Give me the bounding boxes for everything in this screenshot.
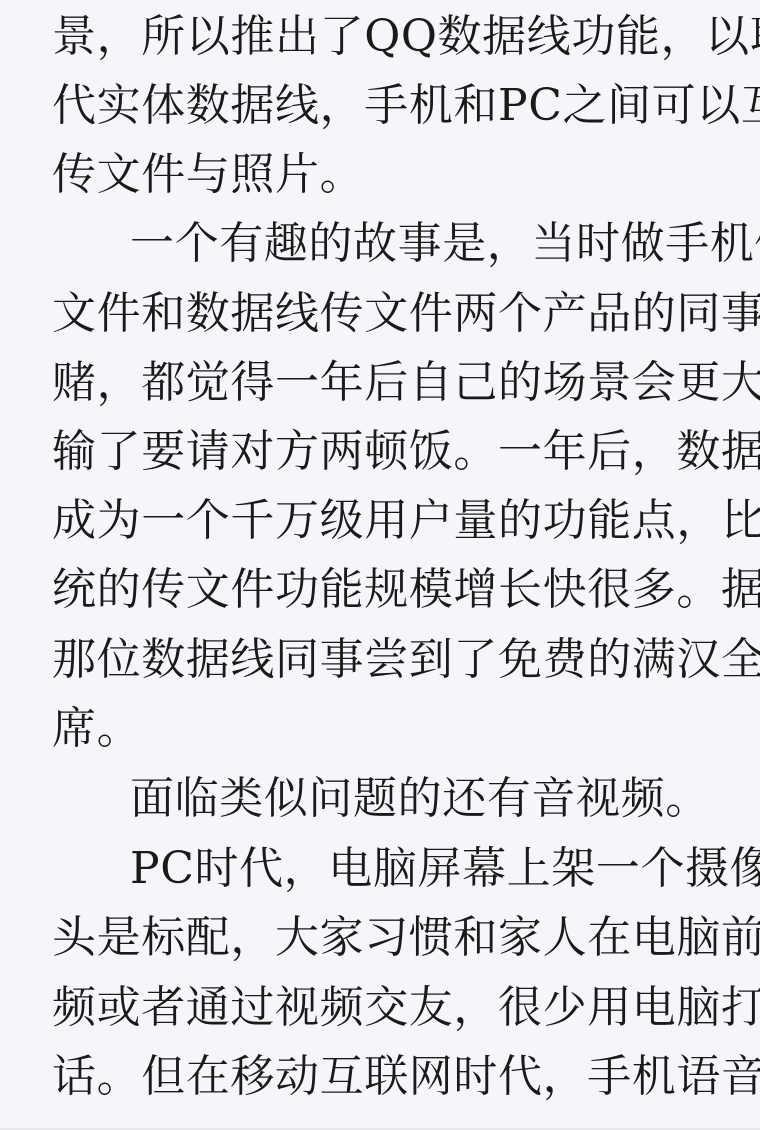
text-line: 头是标配，大家习惯和家人在电脑前视 <box>52 903 712 972</box>
book-page: 景，所以推出了QQ数据线功能，以取 代实体数据线，手机和PC之间可以互 传文件与… <box>0 0 760 1130</box>
text-line: 文件和数据线传文件两个产品的同事打 <box>52 279 712 348</box>
text-line: 成为一个千万级用户量的功能点，比传 <box>52 486 712 555</box>
text-line: 代实体数据线，手机和PC之间可以互 <box>52 71 712 140</box>
paragraph-start-line: 面临类似问题的还有音视频。 <box>130 764 712 833</box>
text-line: 景，所以推出了QQ数据线功能，以取 <box>52 2 712 71</box>
text-line: 输了要请对方两顿饭。一年后，数据线 <box>52 417 712 486</box>
text-line: 赌，都觉得一年后自己的场景会更大， <box>52 348 712 417</box>
text-line: 传文件与照片。 <box>52 140 712 209</box>
text-line: 频或者通过视频交友，很少用电脑打电 <box>52 973 712 1042</box>
text-line: 席。 <box>52 694 712 763</box>
paragraph-start-line: PC时代，电脑屏幕上架一个摄像 <box>130 834 712 903</box>
paragraph-start-line: 一个有趣的故事是，当时做手机传 <box>130 209 712 278</box>
text-line: 统的传文件功能规模增长快很多。据说 <box>52 555 712 624</box>
text-line: 话。但在移动互联网时代，手机语音和 <box>52 1042 712 1111</box>
text-line: 那位数据线同事尝到了免费的满汉全 <box>52 625 712 694</box>
